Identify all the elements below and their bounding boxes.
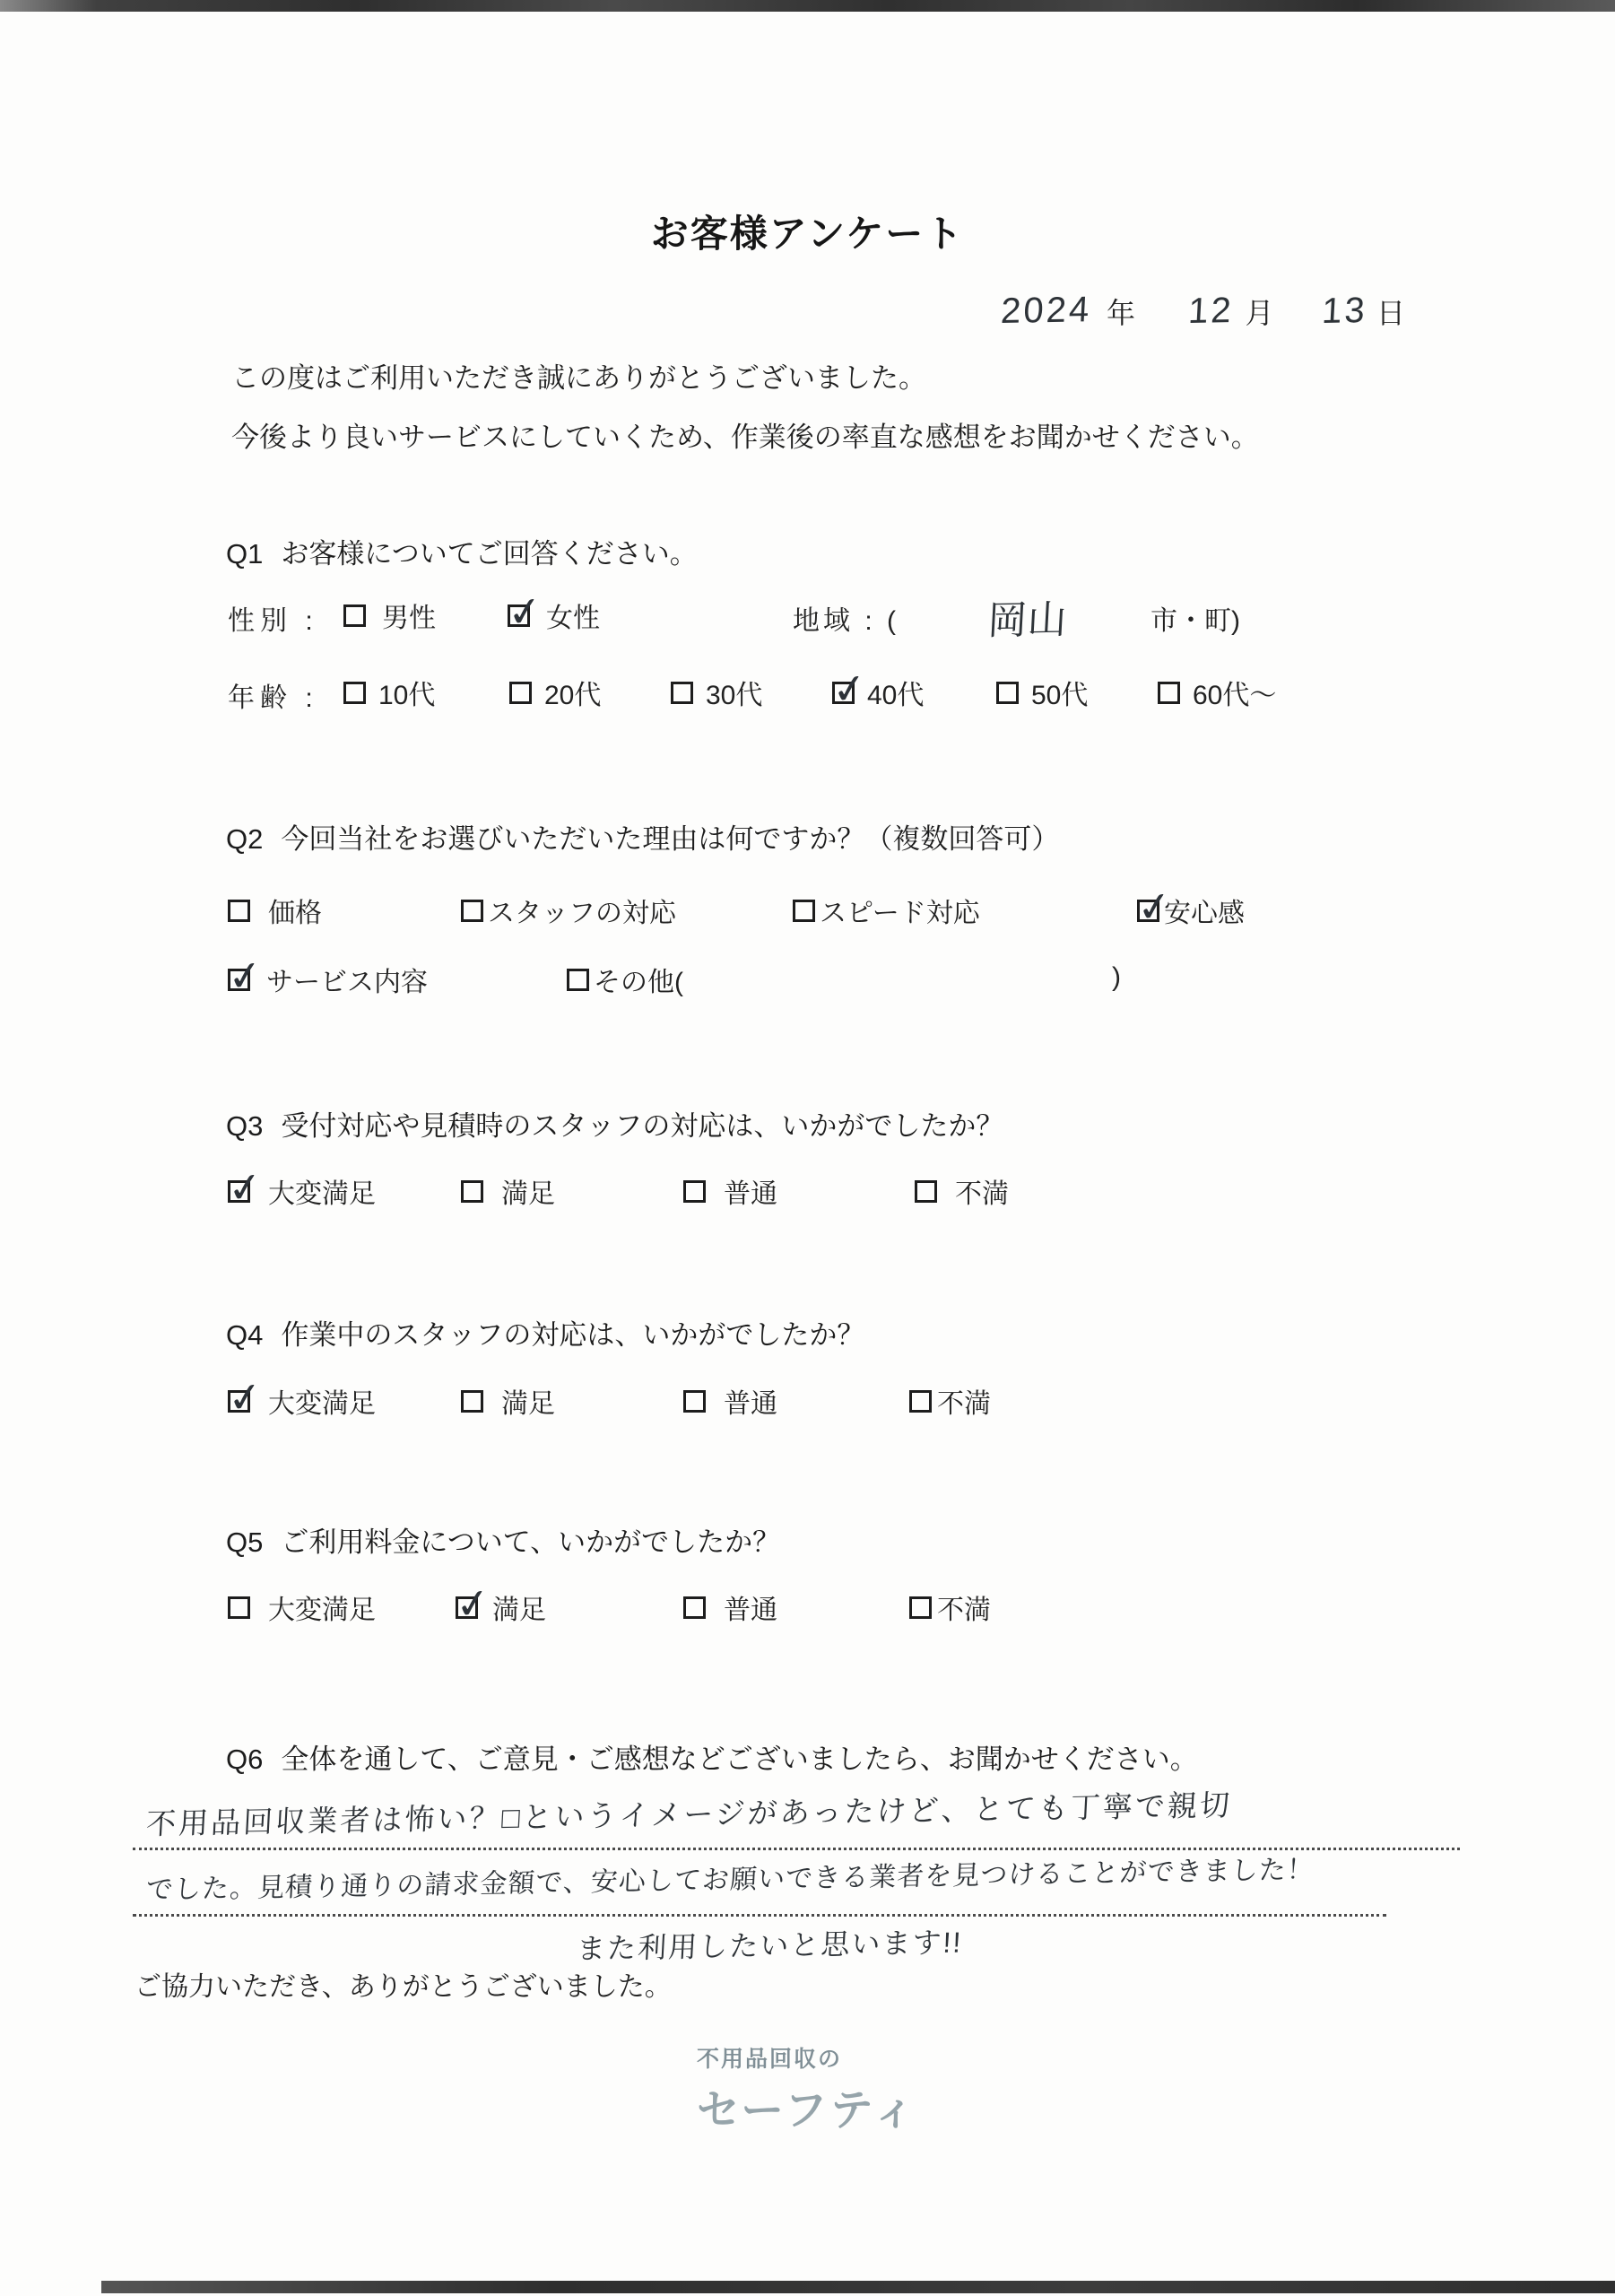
checkbox-q3-very-satisfied[interactable]: ✓ bbox=[228, 1180, 250, 1203]
date-year-unit: 年 bbox=[1107, 291, 1135, 332]
q5-option-satisfied: ✓ 満足 bbox=[456, 1587, 546, 1627]
checkbox-age-50s[interactable]: ✓ bbox=[996, 682, 1019, 704]
checkbox-q4-dissatisfied[interactable]: ✓ bbox=[909, 1390, 932, 1413]
q5-dissatisfied-label: 不満 bbox=[937, 1587, 991, 1627]
q4-neutral-label: 普通 bbox=[724, 1381, 777, 1421]
q4-satisfied-label: 満足 bbox=[501, 1381, 555, 1421]
scan-artifact-bottom bbox=[101, 2281, 1615, 2293]
q6-heading: Q6全体を通して、ご意見・ご感想などございましたら、お聞かせください。 bbox=[226, 1736, 1198, 1777]
q4-number: Q4 bbox=[226, 1319, 263, 1351]
q5-number: Q5 bbox=[226, 1526, 263, 1558]
q2-option-other: ✓ その他( bbox=[567, 960, 683, 999]
survey-page: お客様アンケート 2024 年 12 月 13 日 この度はご利用いただき誠にあ… bbox=[0, 0, 1615, 2296]
gender-male-label: 男性 bbox=[382, 596, 436, 635]
age-60s-label: 60代～ bbox=[1193, 673, 1276, 712]
check-icon: ✓ bbox=[506, 589, 544, 634]
q2-question: 今回当社をお選びいただいた理由は何ですか？（複数回答可） bbox=[281, 823, 1059, 855]
q2-heading: Q2今回当社をお選びいただいた理由は何ですか？（複数回答可） bbox=[226, 816, 1059, 857]
date-month-unit: 月 bbox=[1246, 291, 1274, 332]
q1-number: Q1 bbox=[226, 538, 263, 570]
q4-question: 作業中のスタッフの対応は、いかがでしたか？ bbox=[281, 1319, 864, 1351]
age-option-30s: ✓ 30代 bbox=[671, 673, 762, 712]
q4-option-neutral: ✓ 普通 bbox=[683, 1381, 777, 1421]
q2-service-label: サービス内容 bbox=[266, 960, 428, 999]
q6-comment-line3: また利用したいと思います!! bbox=[576, 1920, 964, 1968]
logo-tagline: 不用品回収の bbox=[697, 2041, 918, 2074]
q2-staff-label: スタッフの対応 bbox=[488, 891, 676, 930]
q3-option-very-satisfied: ✓ 大変満足 bbox=[228, 1171, 376, 1211]
q4-option-satisfied: ✓ 満足 bbox=[461, 1381, 555, 1421]
q3-very-satisfied-label: 大変満足 bbox=[268, 1171, 376, 1211]
age-option-20s: ✓ 20代 bbox=[509, 673, 601, 712]
age-option-40s: ✓ 40代 bbox=[832, 673, 924, 712]
q5-options-row: ✓ 大変満足 ✓ 満足 ✓ 普通 ✓ 不満 bbox=[0, 1587, 1615, 1627]
age-label: 年齢 : bbox=[228, 675, 318, 715]
age-option-50s: ✓ 50代 bbox=[996, 673, 1088, 712]
checkbox-age-10s[interactable]: ✓ bbox=[343, 682, 366, 704]
q5-option-dissatisfied: ✓ 不満 bbox=[909, 1587, 991, 1627]
q4-options-row: ✓ 大変満足 ✓ 満足 ✓ 普通 ✓ 不満 bbox=[0, 1381, 1615, 1421]
gender-label: 性別 : bbox=[228, 598, 318, 638]
q2-options-row2: ✓ サービス内容 ✓ その他( ) bbox=[0, 960, 1615, 999]
q6-comment-line1: 不用品回収業者は怖い？□というイメージがあったけど、とても丁寧で親切 bbox=[145, 1782, 1233, 1843]
checkbox-speed[interactable]: ✓ bbox=[793, 900, 815, 922]
page-title: お客様アンケート bbox=[0, 204, 1615, 258]
checkbox-q4-satisfied[interactable]: ✓ bbox=[461, 1390, 483, 1413]
q5-very-satisfied-label: 大変満足 bbox=[268, 1587, 376, 1627]
checkbox-service[interactable]: ✓ bbox=[228, 969, 250, 991]
q3-option-satisfied: ✓ 満足 bbox=[461, 1171, 555, 1211]
q4-option-dissatisfied: ✓ 不満 bbox=[909, 1381, 991, 1421]
check-icon: ✓ bbox=[454, 1581, 492, 1626]
age-40s-label: 40代 bbox=[867, 673, 924, 712]
q6-question: 全体を通して、ご意見・ご感想などございましたら、お聞かせください。 bbox=[281, 1744, 1197, 1775]
age-option-60s: ✓ 60代～ bbox=[1158, 673, 1276, 712]
q5-option-very-satisfied: ✓ 大変満足 bbox=[228, 1587, 376, 1627]
q5-question: ご利用料金について、いかがでしたか？ bbox=[281, 1526, 780, 1558]
age-50s-label: 50代 bbox=[1031, 673, 1088, 712]
checkbox-q3-satisfied[interactable]: ✓ bbox=[461, 1180, 483, 1203]
checkbox-q5-neutral[interactable]: ✓ bbox=[683, 1596, 706, 1619]
date-year-value: 2024 bbox=[1000, 290, 1092, 332]
q1-heading: Q1お客様についてご回答ください。 bbox=[226, 531, 698, 571]
q1-question: お客様についてご回答ください。 bbox=[281, 538, 697, 570]
comment-underline-2 bbox=[133, 1914, 1386, 1917]
q2-option-speed: ✓ スピード対応 bbox=[793, 891, 980, 930]
date-month-value: 12 bbox=[1187, 291, 1235, 332]
region-value-handwritten: 岡山 bbox=[986, 587, 1068, 646]
checkbox-price[interactable]: ✓ bbox=[228, 900, 250, 922]
company-logo: 不用品回収の セーフティ bbox=[697, 2041, 918, 2137]
q3-option-neutral: ✓ 普通 bbox=[683, 1171, 777, 1211]
checkbox-age-60s[interactable]: ✓ bbox=[1158, 682, 1180, 704]
q2-option-price: ✓ 価格 bbox=[228, 891, 322, 930]
checkbox-q4-very-satisfied[interactable]: ✓ bbox=[228, 1390, 250, 1413]
q2-option-trust: ✓ 安心感 bbox=[1137, 891, 1245, 930]
checkbox-q5-very-satisfied[interactable]: ✓ bbox=[228, 1596, 250, 1619]
q3-option-dissatisfied: ✓ 不満 bbox=[915, 1171, 1009, 1211]
q5-satisfied-label: 満足 bbox=[492, 1587, 546, 1627]
q3-satisfied-label: 満足 bbox=[501, 1171, 555, 1211]
age-10s-label: 10代 bbox=[378, 673, 435, 712]
date-day-unit: 日 bbox=[1376, 291, 1405, 332]
q3-number: Q3 bbox=[226, 1110, 263, 1142]
gender-option-female: ✓ 女性 bbox=[508, 596, 600, 635]
q3-heading: Q3受付対応や見積時のスタッフの対応は、いかがでしたか？ bbox=[226, 1103, 1003, 1144]
intro-line-1: この度はご利用いただき誠にありがとうございました。 bbox=[231, 355, 926, 396]
check-icon: ✓ bbox=[830, 666, 869, 711]
q2-speed-label: スピード対応 bbox=[820, 891, 980, 930]
checkbox-q4-neutral[interactable]: ✓ bbox=[683, 1390, 706, 1413]
q6-comment-line2: でした。見積り通りの請求金額で、安心してお願いできる業者を見つけることができまし… bbox=[145, 1847, 1315, 1907]
q2-trust-label: 安心感 bbox=[1164, 891, 1245, 930]
check-icon: ✓ bbox=[226, 1375, 265, 1420]
check-icon: ✓ bbox=[1135, 884, 1174, 929]
checkbox-age-30s[interactable]: ✓ bbox=[671, 682, 693, 704]
q2-options-row1: ✓ 価格 ✓ スタッフの対応 ✓ スピード対応 ✓ 安心感 bbox=[0, 891, 1615, 930]
closing-text: ご協力いただき、ありがとうございました。 bbox=[135, 1964, 672, 2004]
check-icon: ✓ bbox=[226, 1165, 265, 1210]
checkbox-q5-dissatisfied[interactable]: ✓ bbox=[909, 1596, 932, 1619]
q2-other-label: その他( bbox=[594, 960, 683, 999]
q1-gender-row: 性別 : ✓ 男性 ✓ 女性 地域 : ( 岡山 市・町) bbox=[0, 596, 1615, 635]
checkbox-trust[interactable]: ✓ bbox=[1137, 900, 1159, 922]
q2-option-service: ✓ サービス内容 bbox=[228, 960, 428, 999]
region-suffix: 市・町) bbox=[1150, 598, 1240, 638]
checkbox-q5-satisfied[interactable]: ✓ bbox=[456, 1596, 478, 1619]
age-option-10s: ✓ 10代 bbox=[343, 673, 435, 712]
q2-other-close-paren: ) bbox=[1112, 962, 1121, 993]
q5-neutral-label: 普通 bbox=[724, 1587, 777, 1627]
logo-name: セーフティ bbox=[697, 2075, 918, 2137]
q6-number: Q6 bbox=[226, 1744, 263, 1775]
q2-option-staff: ✓ スタッフの対応 bbox=[461, 891, 676, 930]
checkbox-age-40s[interactable]: ✓ bbox=[832, 682, 855, 704]
q3-dissatisfied-label: 不満 bbox=[955, 1171, 1009, 1211]
q4-dissatisfied-label: 不満 bbox=[937, 1381, 991, 1421]
check-icon: ✓ bbox=[226, 953, 265, 998]
checkbox-q3-dissatisfied[interactable]: ✓ bbox=[915, 1180, 937, 1203]
date-day-value: 13 bbox=[1321, 291, 1368, 332]
q3-options-row: ✓ 大変満足 ✓ 満足 ✓ 普通 ✓ 不満 bbox=[0, 1171, 1615, 1211]
q5-option-neutral: ✓ 普通 bbox=[683, 1587, 777, 1627]
q1-age-row: 年齢 : ✓ 10代 ✓ 20代 ✓ 30代 ✓ 40代 ✓ 50代 ✓ 60代… bbox=[0, 673, 1615, 712]
region-label: 地域 : ( bbox=[793, 598, 899, 638]
q2-price-label: 価格 bbox=[268, 891, 322, 930]
checkbox-q3-neutral[interactable]: ✓ bbox=[683, 1180, 706, 1203]
checkbox-male[interactable]: ✓ bbox=[343, 604, 366, 627]
date-row: 2024 年 12 月 13 日 bbox=[1000, 291, 1405, 332]
q3-neutral-label: 普通 bbox=[724, 1171, 777, 1211]
age-20s-label: 20代 bbox=[544, 673, 601, 712]
gender-female-label: 女性 bbox=[546, 596, 600, 635]
age-30s-label: 30代 bbox=[706, 673, 762, 712]
scan-artifact-top bbox=[0, 0, 1615, 12]
q5-heading: Q5ご利用料金について、いかがでしたか？ bbox=[226, 1519, 780, 1560]
intro-line-2: 今後より良いサービスにしていくため、作業後の率直な感想をお聞かせください。 bbox=[231, 414, 1259, 455]
q4-heading: Q4作業中のスタッフの対応は、いかがでしたか？ bbox=[226, 1312, 864, 1352]
checkbox-staff[interactable]: ✓ bbox=[461, 900, 483, 922]
checkbox-other[interactable]: ✓ bbox=[567, 969, 589, 991]
q4-very-satisfied-label: 大変満足 bbox=[268, 1381, 376, 1421]
q3-question: 受付対応や見積時のスタッフの対応は、いかがでしたか？ bbox=[281, 1110, 1003, 1142]
q4-option-very-satisfied: ✓ 大変満足 bbox=[228, 1381, 376, 1421]
q2-number: Q2 bbox=[226, 823, 263, 855]
gender-option-male: ✓ 男性 bbox=[343, 596, 436, 635]
checkbox-age-20s[interactable]: ✓ bbox=[509, 682, 532, 704]
checkbox-female[interactable]: ✓ bbox=[508, 604, 530, 627]
